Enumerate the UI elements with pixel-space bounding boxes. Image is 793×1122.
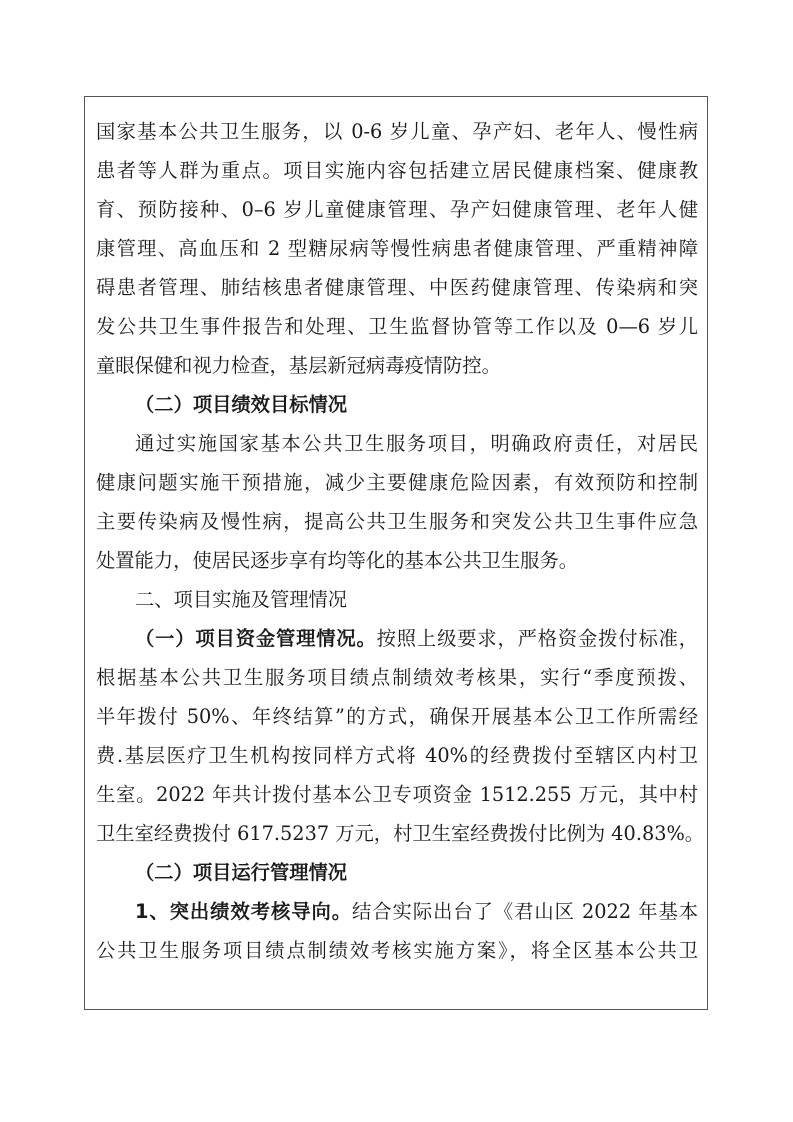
paragraph-line: 费.基层医疗卫生机构按同样方式将 40%的经费拨付至辖区内村卫 bbox=[96, 741, 698, 771]
lead-line-rest: 按照上级要求，严格资金拨付标准， bbox=[377, 627, 698, 650]
paragraph-line: 康管理、高血压和 2 型糖尿病等慢性病患者健康管理、严重精神障 bbox=[96, 234, 698, 264]
paragraph-line: 发公共卫生事件报告和处理、卫生监督协管等工作以及 0—6 岁儿 bbox=[96, 312, 698, 342]
paragraph-line: 生室。2022 年共计拨付基本公卫专项资金 1512.255 万元，其中村 bbox=[96, 780, 698, 810]
paragraph-line: 童眼保健和视力检查，基层新冠病毒疫情防控。 bbox=[96, 351, 698, 381]
paragraph-line: 育、预防接种、0–6 岁儿童健康管理、孕产妇健康管理、老年人健 bbox=[96, 195, 698, 225]
paragraph-line: 公共卫生服务项目绩点制绩效考核实施方案》，将全区基本公共卫 bbox=[96, 936, 698, 966]
paragraph-line: 健康问题实施干预措施，减少主要健康危险因素，有效预防和控制 bbox=[96, 468, 698, 498]
lead-line-rest: 结合实际出台了《君山区 2022 年基本 bbox=[352, 900, 698, 923]
paragraph-line: 半年拨付 50%、年终结算”的方式，确保开展基本公卫工作所需经 bbox=[96, 702, 698, 732]
paragraph-line: 主要传染病及慢性病，提高公共卫生服务和突发公共卫生事件应急 bbox=[96, 507, 698, 537]
bold-lead-fund-management: （一）项目资金管理情况。 bbox=[135, 627, 377, 650]
paragraph-line-with-lead: （一）项目资金管理情况。按照上级要求，严格资金拨付标准， bbox=[135, 624, 698, 654]
document-frame: 国家基本公共卫生服务，以 0-6 岁儿童、孕产妇、老年人、慢性病 患者等人群为重… bbox=[84, 96, 708, 1010]
paragraph-line: 卫生室经费拨付 617.5237 万元，村卫生室经费拨付比例为 40.83%。 bbox=[96, 819, 698, 849]
paragraph-line: 根据基本公共卫生服务项目绩点制绩效考核果，实行“季度预拨、 bbox=[96, 663, 698, 693]
section-heading-operation-management: （二）项目运行管理情况 bbox=[135, 858, 698, 888]
paragraph-line: 处置能力，使居民逐步享有均等化的基本公共卫生服务。 bbox=[96, 546, 698, 576]
paragraph-line: 通过实施国家基本公共卫生服务项目，明确政府责任，对居民 bbox=[135, 429, 698, 459]
paragraph-line: 患者等人群为重点。项目实施内容包括建立居民健康档案、健康教 bbox=[96, 156, 698, 186]
section-heading-performance-goals: （二）项目绩效目标情况 bbox=[135, 390, 698, 420]
bold-lead-performance-assessment: 1、突出绩效考核导向。 bbox=[135, 900, 352, 923]
paragraph-line-with-lead: 1、突出绩效考核导向。结合实际出台了《君山区 2022 年基本 bbox=[135, 897, 698, 927]
paragraph-line: 碍患者管理、肺结核患者健康管理、中医药健康管理、传染病和突 bbox=[96, 273, 698, 303]
chapter-heading-implementation: 二、项目实施及管理情况 bbox=[135, 585, 698, 615]
paragraph-line: 国家基本公共卫生服务，以 0-6 岁儿童、孕产妇、老年人、慢性病 bbox=[96, 117, 698, 147]
